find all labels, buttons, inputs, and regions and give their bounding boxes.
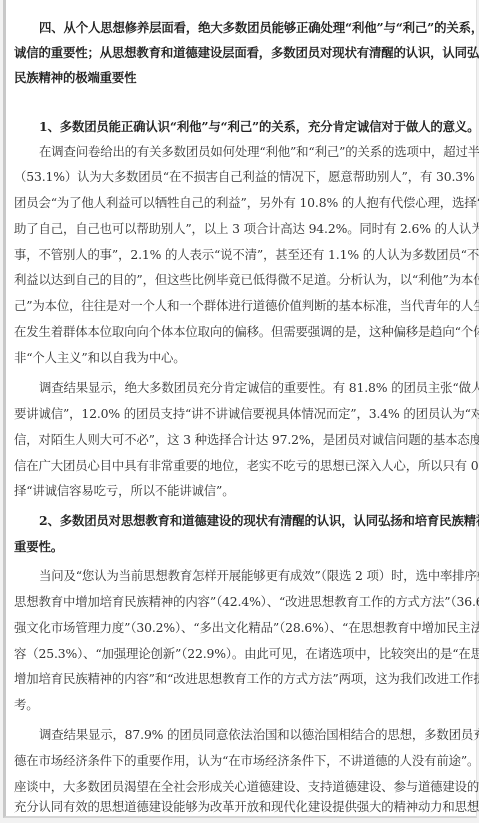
paragraph-line: 助了自己，自己也可以帮助别人”，以上 3 项合计高达 94.2%。同时有 2.6…	[14, 221, 468, 237]
paragraph-line: 充分认同有效的思想道德建设能够为改革开放和现代化建设提供强大的精神动力和思想保证…	[14, 799, 472, 815]
paragraph-line: 在发生着群体本位取向向个体本位取向的偏移。但需要强调的是，这种偏移是趋向“个体本…	[14, 324, 468, 340]
paragraph-line: 己”为本位，往往是对一个人和一个群体进行道德价值判断的基本标准，当代青年的人生价…	[14, 298, 468, 314]
paragraph-line: 座谈中，大多数团员渴望在全社会形成关心道德建设、支持道德建设、参与道德建设的生动…	[14, 779, 468, 795]
paragraph-line: 择“讲诚信容易吃亏，所以不能讲诚信”。	[14, 483, 472, 499]
paragraph-line: 当问及“您认为当前思想教育怎样开展能够更有成效”（限选 2 项）时，选中率排序如…	[39, 568, 468, 584]
section-2-title-line-2: 重要性。	[14, 539, 472, 555]
document-page: 四、从个人思想修养层面看，绝大多数团员能够正确处理“利他”与“利己”的关系，充分…	[3, 0, 477, 818]
paragraph-line: 调查结果显示，87.9% 的团员同意依法治国和以德治国相结合的思想，多数团员充分…	[39, 727, 468, 743]
paragraph-line: 事，不管别人的事”，2.1% 的人表示“说不清”，甚至还有 1.1% 的人认为多…	[14, 247, 468, 263]
paragraph-line: 信，对陌生人则大可不必”，这 3 种选择合计达 97.2%，是团员对诚信问题的基…	[14, 432, 468, 448]
paragraph-line: 德在市场经济条件下的重要作用，认为“在市场经济条件下，不讲道德的人没有前途”。在…	[14, 753, 468, 769]
paragraph-line: 思想教育中增加培育民族精神的内容”（42.4%）、“改进思想教育工作的方式方法”…	[14, 594, 468, 610]
paragraph-line: 在调查问卷给出的有关多数团员如何处理“利他”和“利己”的关系的选项中，超过半数的…	[39, 144, 468, 160]
heading-line-3: 民族精神的极端重要性	[14, 70, 472, 86]
heading-line-1: 四、从个人思想修养层面看，绝大多数团员能够正确处理“利他”与“利己”的关系，充分…	[39, 20, 468, 36]
paragraph-line: 信在广大团员心目中具有非常重要的地位，老实不吃亏的思想已深入人心，所以只有 0.…	[14, 458, 468, 474]
paragraph-line: 要讲诚信”，12.0% 的团员支持“讲不讲诚信要视具体情况而定”，3.4% 的团…	[14, 406, 468, 422]
paragraph-line: 非“个人主义”和以自我为中心。	[14, 350, 472, 366]
heading-line-2: 诚信的重要性；从思想教育和道德建设层面看，多数团员对现状有清醒的认识，认同弘扬和…	[14, 45, 468, 61]
paragraph-line: 容（25.3%）、“加强理论创新”（22.9%）。由此可见，在诸选项中，比较突出…	[14, 646, 468, 662]
paragraph-line: （53.1%）认为大多数团员“在不损害自己利益的情况下，愿意帮助别人”，有 30…	[14, 169, 468, 185]
section-1-title: 1、多数团员能正确认识“利他”与“利己”的关系，充分肯定诚信对于做人的意义。	[39, 119, 472, 135]
section-2-title-line-1: 2、多数团员对思想教育和道德建设的现状有清醒的认识，认同弘扬和培育民族精神的极端	[39, 513, 468, 529]
paragraph-line: 考。	[14, 697, 472, 713]
paragraph-line: 团员会“为了他人利益可以牺牲自己的利益”，另外有 10.8% 的人抱有代偿心理，…	[14, 195, 468, 211]
paragraph-line: 强文化市场管理力度”（30.2%）、“多出文化精品”（28.6%）、“在思想教育…	[14, 620, 468, 636]
paragraph-line: 增加培育民族精神的内容”和“改进思想教育工作的方式方法”两项，这为我们改进工作提…	[14, 671, 468, 687]
paragraph-line: 利益以达到自己的目的”，但这些比例毕竟已低得微不足道。分析认为，以“利他”为本位…	[14, 272, 468, 288]
paragraph-line: 调查结果显示，绝大多数团员充分肯定诚信的重要性。有 81.8% 的团员主张“做人…	[39, 380, 468, 396]
